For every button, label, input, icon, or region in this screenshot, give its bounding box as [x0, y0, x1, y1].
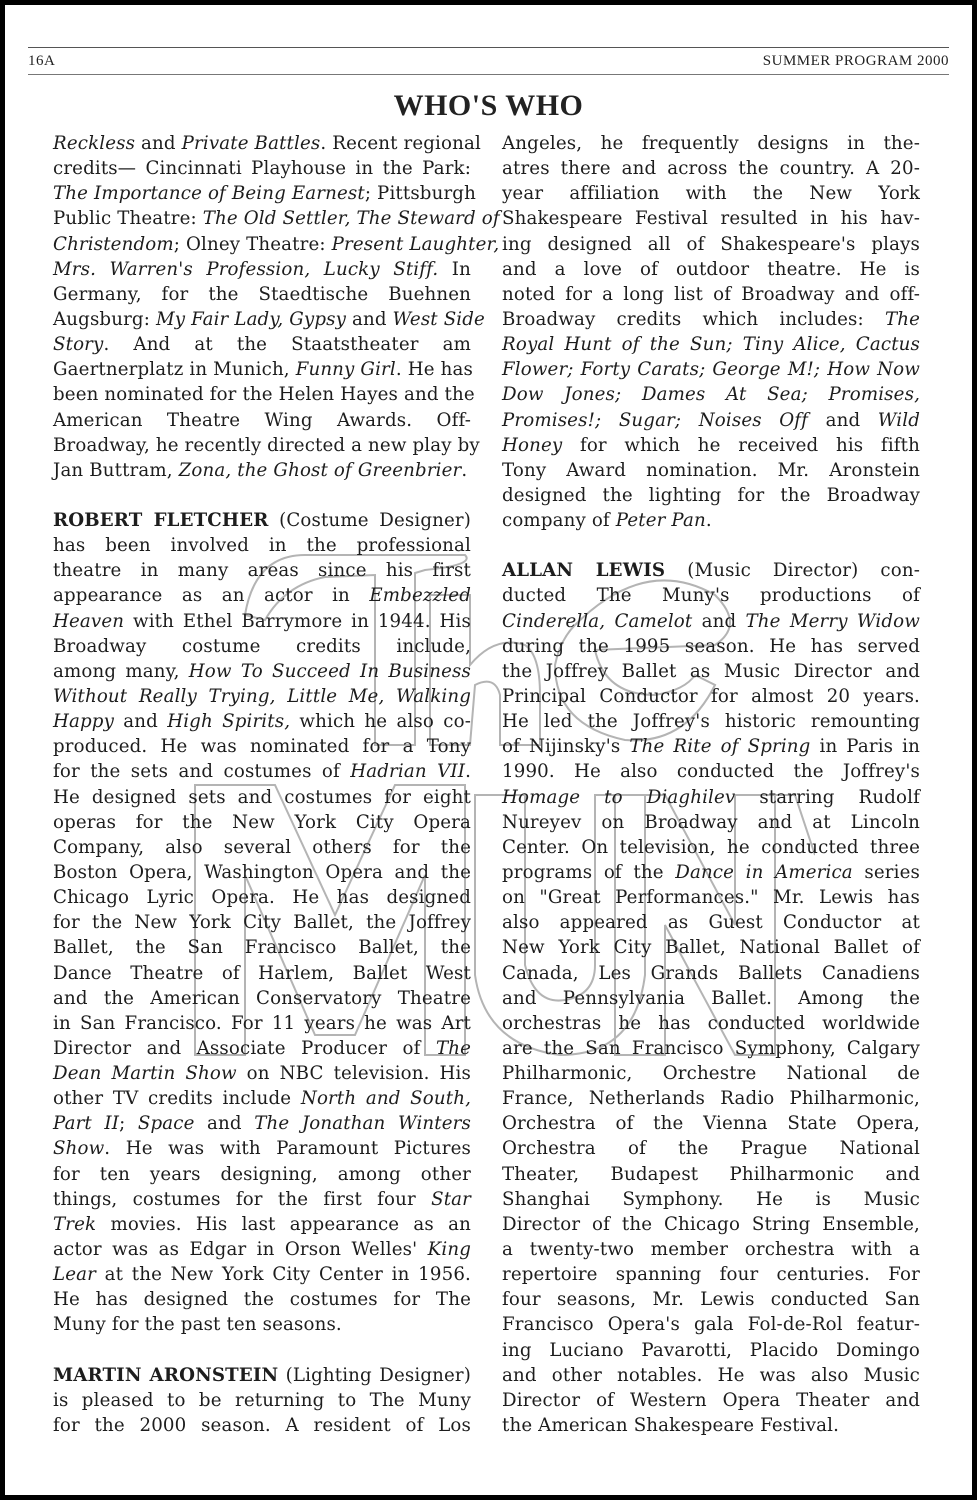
- text-line: programs of the Dance in America series: [502, 860, 920, 885]
- text-run: Muny for the past ten seasons.: [53, 1314, 342, 1335]
- text-run: Company, also several others for the: [53, 837, 471, 858]
- work-title: Flower; Forty Carats; George M!; How Now: [502, 359, 920, 380]
- text-run: with Ethel Barrymore in 1944. His: [124, 611, 471, 632]
- text-run: the American Shakespeare Festival.: [502, 1415, 839, 1436]
- text-run: designed the lighting for the Broadway: [502, 485, 920, 506]
- text-line: and a love of outdoor theatre. He is: [502, 257, 920, 282]
- text-line: Trek movies. His last appearance as an: [53, 1212, 471, 1237]
- work-title: Promises!; Sugar; Noises Off: [502, 410, 808, 431]
- text-run: Jan Buttram,: [53, 460, 179, 481]
- text-run: 1990. He also conducted the Joffrey's: [502, 761, 920, 782]
- text-line: operas for the New York City Opera: [53, 810, 471, 835]
- text-run: things, costumes for the first four: [53, 1189, 431, 1210]
- text-run: Center. On television, he conducted thre…: [502, 837, 920, 858]
- work-title: Heaven: [53, 611, 124, 632]
- text-line: Story. And at the Staatstheater am: [53, 332, 471, 357]
- text-run: four seasons, Mr. Lewis conducted San: [502, 1289, 920, 1310]
- bio-name: ALLAN LEWIS: [502, 560, 665, 581]
- text-line: repertoire spanning four centuries. For: [502, 1262, 920, 1287]
- text-line: Public Theatre: The Old Settler, The Ste…: [53, 206, 471, 231]
- text-line: Honey for which he received his fifth: [502, 433, 920, 458]
- text-line: produced. He was nominated for a Tony: [53, 734, 471, 759]
- text-run: ing designed all of Shakespeare's plays: [502, 234, 920, 255]
- text-line: Broadway credits which includes: The: [502, 307, 920, 332]
- text-line: Orchestra of the Prague National: [502, 1136, 920, 1161]
- text-run: Public Theatre:: [53, 208, 203, 229]
- text-line: Christendom; Olney Theatre: Present Laug…: [53, 232, 471, 257]
- text-run: noted for a long list of Broadway and of…: [502, 284, 920, 305]
- text-run: He has designed the costumes for The: [53, 1289, 471, 1310]
- work-title: Reckless: [53, 133, 135, 154]
- bio-martin-aronstein: MARTIN ARONSTEIN (Lighting Designer)is p…: [53, 1363, 471, 1438]
- work-title: Christendom: [53, 234, 174, 255]
- text-line: Muny for the past ten seasons.: [53, 1312, 471, 1337]
- text-run: during the 1995 season. He has served: [502, 636, 920, 657]
- text-run: . Recent regional: [320, 133, 481, 154]
- work-title: King: [428, 1239, 471, 1260]
- text-run: for the 2000 season. A resident of Los: [53, 1415, 471, 1436]
- text-line: The Importance of Being Earnest; Pittsbu…: [53, 181, 471, 206]
- text-run: .: [706, 510, 712, 531]
- text-line: Director and Associate Producer of The: [53, 1036, 471, 1061]
- text-run: Tony Award nomination. Mr. Aronstein: [502, 460, 920, 481]
- text-run: He designed sets and costumes for eight: [53, 787, 471, 808]
- text-line: been nominated for the Helen Hayes and t…: [53, 382, 471, 407]
- bio-allan-lewis: ALLAN LEWIS (Music Director) con-ducted …: [502, 558, 920, 1438]
- text-line: designed the lighting for the Broadway: [502, 483, 920, 508]
- running-header: 16A SUMMER PROGRAM 2000: [28, 47, 949, 75]
- text-run: atres there and across the country. A 20…: [502, 158, 920, 179]
- text-run: New York City Ballet, National Ballet of: [502, 937, 920, 958]
- work-title: Dow Jones; Dames At Sea; Promises,: [502, 384, 920, 405]
- publication-title: SUMMER PROGRAM 2000: [763, 53, 949, 70]
- text-run: for which he received his fifth: [562, 435, 920, 456]
- work-title: Honey: [502, 435, 562, 456]
- text-line: ducted The Muny's productions of: [502, 583, 920, 608]
- text-run: operas for the New York City Opera: [53, 812, 471, 833]
- text-line: Francisco Opera's gala Fol-de-Rol featur…: [502, 1312, 920, 1337]
- text-run: and Pennsylvania Ballet. Among the: [502, 988, 920, 1009]
- text-run: starring Rudolf: [735, 787, 920, 808]
- text-line: He has designed the costumes for The: [53, 1287, 471, 1312]
- text-line: Nureyev on Broadway and at Lincoln: [502, 810, 920, 835]
- work-title: Funny Girl: [296, 359, 396, 380]
- text-run: at the New York City Center in 1956.: [96, 1264, 471, 1285]
- text-run: .: [461, 460, 467, 481]
- text-run: which he also co-: [290, 711, 471, 732]
- text-line: Principal Conductor for almost 20 years.: [502, 684, 920, 709]
- text-run: ing Luciano Pavarotti, Placido Domingo: [502, 1340, 920, 1361]
- text-run: for ten years designing, among other: [53, 1164, 471, 1185]
- text-run: orchestras he has conducted worldwide: [502, 1013, 920, 1034]
- text-line: actor was as Edgar in Orson Welles' King: [53, 1237, 471, 1262]
- text-run: ;: [119, 1113, 138, 1134]
- text-line: and Pennsylvania Ballet. Among the: [502, 986, 920, 1011]
- text-line: Broadway costume credits include,: [53, 634, 471, 659]
- text-line: Company, also several others for the: [53, 835, 471, 860]
- text-line: Chicago Lyric Opera. He has designed: [53, 885, 471, 910]
- text-line: on "Great Performances." Mr. Lewis has: [502, 885, 920, 910]
- text-run: among many,: [53, 661, 189, 682]
- text-line: theatre in many areas since his first: [53, 558, 471, 583]
- text-line: Lear at the New York City Center in 1956…: [53, 1262, 471, 1287]
- text-run: Nureyev on Broadway and at Lincoln: [502, 812, 920, 833]
- program-page: 16A SUMMER PROGRAM 2000 WHO'S WHO Reckle…: [5, 5, 972, 1495]
- text-line: noted for a long list of Broadway and of…: [502, 282, 920, 307]
- text-line: for ten years designing, among other: [53, 1162, 471, 1187]
- text-run: (Lighting Designer): [278, 1365, 471, 1386]
- text-run: and a love of outdoor theatre. He is: [502, 259, 920, 280]
- text-run: company of: [502, 510, 616, 531]
- text-run: of Nijinsky's: [502, 736, 629, 757]
- text-run: are the San Francisco Symphony, Calgary: [502, 1038, 920, 1059]
- text-line: Mrs. Warren's Profession, Lucky Stiff. I…: [53, 257, 471, 282]
- text-run: Augsburg:: [53, 309, 156, 330]
- text-run: the Joffrey Ballet as Music Director and: [502, 661, 920, 682]
- text-run: and: [135, 133, 182, 154]
- text-line: 1990. He also conducted the Joffrey's: [502, 759, 920, 784]
- text-run: theatre in many areas since his first: [53, 560, 471, 581]
- work-title: Dean Martin Show: [53, 1063, 237, 1084]
- text-line: Part II; Space and The Jonathan Winters: [53, 1111, 471, 1136]
- text-line: ing Luciano Pavarotti, Placido Domingo: [502, 1338, 920, 1363]
- text-line: a twenty-two member orchestra with a: [502, 1237, 920, 1262]
- text-run: Dance Theatre of Harlem, Ballet West: [53, 963, 471, 984]
- text-run: and: [114, 711, 167, 732]
- text-line: orchestras he has conducted worldwide: [502, 1011, 920, 1036]
- right-column: Angeles, he frequently designs in the-at…: [502, 131, 920, 1438]
- work-title: Present Laughter,: [332, 234, 500, 255]
- text-line: credits— Cincinnati Playhouse in the Par…: [53, 156, 471, 181]
- text-run: Gaertnerplatz in Munich,: [53, 359, 296, 380]
- text-run: Boston Opera, Washington Opera and the: [53, 862, 471, 883]
- work-title: West Side: [393, 309, 485, 330]
- text-run: Theater, Budapest Philharmonic and: [502, 1164, 920, 1185]
- text-line: Dean Martin Show on NBC television. His: [53, 1061, 471, 1086]
- text-run: in San Francisco. For 11 years he was Ar…: [53, 1013, 471, 1034]
- text-line: Shakespeare Festival resulted in his hav…: [502, 206, 920, 231]
- text-run: and other notables. He was also Music: [502, 1365, 920, 1386]
- work-title: Hadrian VII: [350, 761, 465, 782]
- text-line: Royal Hunt of the Sun; Tiny Alice, Cactu…: [502, 332, 920, 357]
- work-title: High Spirits,: [167, 711, 290, 732]
- work-title: How To Succeed In Business: [189, 661, 471, 682]
- text-run: ducted The Muny's productions of: [502, 585, 920, 606]
- text-line: Theater, Budapest Philharmonic and: [502, 1162, 920, 1187]
- text-run: Broadway, he recently directed a new pla…: [53, 435, 480, 456]
- page-title: WHO'S WHO: [5, 89, 972, 123]
- text-run: also appeared as Guest Conductor at: [502, 912, 920, 933]
- text-run: . He was with Paramount Pictures: [104, 1138, 471, 1159]
- text-line: Without Really Trying, Little Me, Walkin…: [53, 684, 471, 709]
- text-line: Dow Jones; Dames At Sea; Promises,: [502, 382, 920, 407]
- text-line: during the 1995 season. He has served: [502, 634, 920, 659]
- text-run: Broadway costume credits include,: [53, 636, 471, 657]
- text-line: New York City Ballet, National Ballet of: [502, 935, 920, 960]
- text-run: has been involved in the professional: [53, 535, 471, 556]
- work-title: The Rite of Spring: [629, 736, 810, 757]
- work-title: Star: [431, 1189, 471, 1210]
- text-run: Principal Conductor for almost 20 years.: [502, 686, 920, 707]
- work-title: Trek: [53, 1214, 96, 1235]
- text-line: Happy and High Spirits, which he also co…: [53, 709, 471, 734]
- text-run: Orchestra of the Vienna State Opera,: [502, 1113, 920, 1134]
- work-title: Part II: [53, 1113, 119, 1134]
- work-title: Peter Pan: [616, 510, 706, 531]
- text-run: produced. He was nominated for a Tony: [53, 736, 471, 757]
- work-title: Wild: [878, 410, 920, 431]
- text-line: Heaven with Ethel Barrymore in 1944. His: [53, 609, 471, 634]
- work-title: Homage to Diaghilev: [502, 787, 735, 808]
- bio-name: MARTIN ARONSTEIN: [53, 1365, 278, 1386]
- text-line: American Theatre Wing Awards. Off-: [53, 408, 471, 433]
- text-run: Germany, for the Staedtische Buehnen: [53, 284, 471, 305]
- text-run: on "Great Performances." Mr. Lewis has: [502, 887, 920, 908]
- text-line: MARTIN ARONSTEIN (Lighting Designer): [53, 1363, 471, 1388]
- text-line: for the sets and costumes of Hadrian VII…: [53, 759, 471, 784]
- text-run: been nominated for the Helen Hayes and t…: [53, 384, 475, 405]
- text-line: has been involved in the professional: [53, 533, 471, 558]
- text-run: programs of the: [502, 862, 675, 883]
- text-run: (Music Director) con-: [665, 560, 920, 581]
- text-line: in San Francisco. For 11 years he was Ar…: [53, 1011, 471, 1036]
- work-title: The: [436, 1038, 471, 1059]
- text-run: .: [465, 761, 471, 782]
- left-column: Reckless and Private Battles. Recent reg…: [53, 131, 471, 1438]
- text-line: ing designed all of Shakespeare's plays: [502, 232, 920, 257]
- text-line: Germany, for the Staedtische Buehnen: [53, 282, 471, 307]
- text-line: Show. He was with Paramount Pictures: [53, 1136, 471, 1161]
- work-title: Mrs. Warren's Profession, Lucky Stiff.: [53, 259, 438, 280]
- text-line: Gaertnerplatz in Munich, Funny Girl. He …: [53, 357, 471, 382]
- text-run: on NBC television. His: [237, 1063, 471, 1084]
- text-line: other TV credits include North and South…: [53, 1086, 471, 1111]
- text-line: ROBERT FLETCHER (Costume Designer): [53, 508, 471, 533]
- text-line: atres there and across the country. A 20…: [502, 156, 920, 181]
- text-run: for the sets and costumes of: [53, 761, 350, 782]
- text-line: Broadway, he recently directed a new pla…: [53, 433, 471, 458]
- text-line: company of Peter Pan.: [502, 508, 920, 533]
- text-line: France, Netherlands Radio Philharmonic,: [502, 1086, 920, 1111]
- text-run: for the New York City Ballet, the Joffre…: [53, 912, 471, 933]
- bio-name: ROBERT FLETCHER: [53, 510, 269, 531]
- text-line: Jan Buttram, Zona, the Ghost of Greenbri…: [53, 458, 471, 483]
- text-line: Director of the Chicago String Ensemble,: [502, 1212, 920, 1237]
- work-title: My Fair Lady, Gypsy: [156, 309, 346, 330]
- text-run: Chicago Lyric Opera. He has designed: [53, 887, 471, 908]
- text-line: Reckless and Private Battles. Recent reg…: [53, 131, 471, 156]
- text-run: Angeles, he frequently designs in the-: [502, 133, 920, 154]
- text-run: and: [808, 410, 878, 431]
- text-line: Dance Theatre of Harlem, Ballet West: [53, 961, 471, 986]
- text-run: . And at the Staatstheater am: [103, 334, 471, 355]
- page-number: 16A: [28, 53, 55, 70]
- text-run: ; Pittsburgh: [365, 183, 476, 204]
- text-line: for the New York City Ballet, the Joffre…: [53, 910, 471, 935]
- text-line: is pleased to be returning to The Muny: [53, 1388, 471, 1413]
- text-line: and other notables. He was also Music: [502, 1363, 920, 1388]
- text-line: are the San Francisco Symphony, Calgary: [502, 1036, 920, 1061]
- text-line: He designed sets and costumes for eight: [53, 785, 471, 810]
- text-line: among many, How To Succeed In Business: [53, 659, 471, 684]
- text-run: year affiliation with the New York: [502, 183, 920, 204]
- work-title: Embezzled: [369, 585, 471, 606]
- text-run: In: [438, 259, 471, 280]
- text-line: Director of Western Opera Theater and: [502, 1388, 920, 1413]
- work-title: Story: [53, 334, 103, 355]
- text-line: Augsburg: My Fair Lady, Gypsy and West S…: [53, 307, 471, 332]
- text-run: Director and Associate Producer of: [53, 1038, 436, 1059]
- text-line: the Joffrey Ballet as Music Director and: [502, 659, 920, 684]
- text-run: a twenty-two member orchestra with a: [502, 1239, 920, 1260]
- text-line: Flower; Forty Carats; George M!; How Now: [502, 357, 920, 382]
- bio-continued: Reckless and Private Battles. Recent reg…: [53, 131, 471, 483]
- text-line: Homage to Diaghilev starring Rudolf: [502, 785, 920, 810]
- work-title: The Merry Widow: [746, 611, 920, 632]
- text-run: series: [853, 862, 920, 883]
- text-line: Ballet, the San Francisco Ballet, the: [53, 935, 471, 960]
- text-line: Shanghai Symphony. He is Music: [502, 1187, 920, 1212]
- text-run: movies. His last appearance as an: [96, 1214, 471, 1235]
- text-line: Philharmonic, Orchestre National de: [502, 1061, 920, 1086]
- text-run: and: [692, 611, 745, 632]
- text-line: Boston Opera, Washington Opera and the: [53, 860, 471, 885]
- text-run: Francisco Opera's gala Fol-de-Rol featur…: [502, 1314, 920, 1335]
- text-line: four seasons, Mr. Lewis conducted San: [502, 1287, 920, 1312]
- text-run: Ballet, the San Francisco Ballet, the: [53, 937, 471, 958]
- work-title: The Old Settler, The Steward of: [203, 208, 500, 229]
- text-line: the American Shakespeare Festival.: [502, 1413, 920, 1438]
- work-title: Cinderella, Camelot: [502, 611, 692, 632]
- work-title: North and South,: [301, 1088, 471, 1109]
- text-line: Canada, Les Grands Ballets Canadiens: [502, 961, 920, 986]
- text-run: appearance as an actor in: [53, 585, 369, 606]
- text-line: year affiliation with the New York: [502, 181, 920, 206]
- text-run: He led the Joffrey's historic remounting: [502, 711, 920, 732]
- text-run: France, Netherlands Radio Philharmonic,: [502, 1088, 920, 1109]
- bio-martin-aronstein-continued: Angeles, he frequently designs in the-at…: [502, 131, 920, 533]
- text-run: other TV credits include: [53, 1088, 301, 1109]
- text-run: credits— Cincinnati Playhouse in the Par…: [53, 158, 471, 179]
- work-title: Show: [53, 1138, 104, 1159]
- work-title: Royal Hunt of the Sun; Tiny Alice, Cactu…: [502, 334, 920, 355]
- work-title: Happy: [53, 711, 114, 732]
- text-line: of Nijinsky's The Rite of Spring in Pari…: [502, 734, 920, 759]
- text-line: ALLAN LEWIS (Music Director) con-: [502, 558, 920, 583]
- text-run: is pleased to be returning to The Muny: [53, 1390, 471, 1411]
- work-title: Without Really Trying, Little Me, Walkin…: [53, 686, 471, 707]
- text-line: and the American Conservatory Theatre: [53, 986, 471, 1011]
- text-run: American Theatre Wing Awards. Off-: [53, 410, 471, 431]
- text-line: appearance as an actor in Embezzled: [53, 583, 471, 608]
- text-run: (Costume Designer): [269, 510, 471, 531]
- work-title: Zona, the Ghost of Greenbrier: [179, 460, 462, 481]
- text-run: and the American Conservatory Theatre: [53, 988, 471, 1009]
- text-line: Center. On television, he conducted thre…: [502, 835, 920, 860]
- text-run: Philharmonic, Orchestre National de: [502, 1063, 920, 1084]
- work-title: Space: [138, 1113, 195, 1134]
- text-line: Promises!; Sugar; Noises Off and Wild: [502, 408, 920, 433]
- text-run: and: [346, 309, 393, 330]
- text-run: . He has: [396, 359, 473, 380]
- text-run: Shanghai Symphony. He is Music: [502, 1189, 920, 1210]
- text-line: He led the Joffrey's historic remounting: [502, 709, 920, 734]
- text-line: also appeared as Guest Conductor at: [502, 910, 920, 935]
- text-run: actor was as Edgar in Orson Welles': [53, 1239, 428, 1260]
- work-title: Lear: [53, 1264, 96, 1285]
- work-title: Private Battles: [182, 133, 321, 154]
- text-run: Broadway credits which includes:: [502, 309, 885, 330]
- text-run: Director of the Chicago String Ensemble,: [502, 1214, 920, 1235]
- text-run: ; Olney Theatre:: [174, 234, 332, 255]
- text-run: in Paris in: [810, 736, 920, 757]
- work-title: The Jonathan Winters: [254, 1113, 471, 1134]
- text-line: Orchestra of the Vienna State Opera,: [502, 1111, 920, 1136]
- text-line: Tony Award nomination. Mr. Aronstein: [502, 458, 920, 483]
- text-line: Cinderella, Camelot and The Merry Widow: [502, 609, 920, 634]
- text-run: Shakespeare Festival resulted in his hav…: [502, 208, 920, 229]
- text-run: Canada, Les Grands Ballets Canadiens: [502, 963, 920, 984]
- work-title: The: [885, 309, 920, 330]
- text-line: Angeles, he frequently designs in the-: [502, 131, 920, 156]
- bio-robert-fletcher: ROBERT FLETCHER (Costume Designer)has be…: [53, 508, 471, 1338]
- text-run: Director of Western Opera Theater and: [502, 1390, 920, 1411]
- text-line: for the 2000 season. A resident of Los: [53, 1413, 471, 1438]
- text-run: and: [195, 1113, 255, 1134]
- work-title: The Importance of Being Earnest: [53, 183, 365, 204]
- text-run: Orchestra of the Prague National: [502, 1138, 920, 1159]
- text-line: things, costumes for the first four Star: [53, 1187, 471, 1212]
- work-title: Dance in America: [675, 862, 853, 883]
- text-run: repertoire spanning four centuries. For: [502, 1264, 920, 1285]
